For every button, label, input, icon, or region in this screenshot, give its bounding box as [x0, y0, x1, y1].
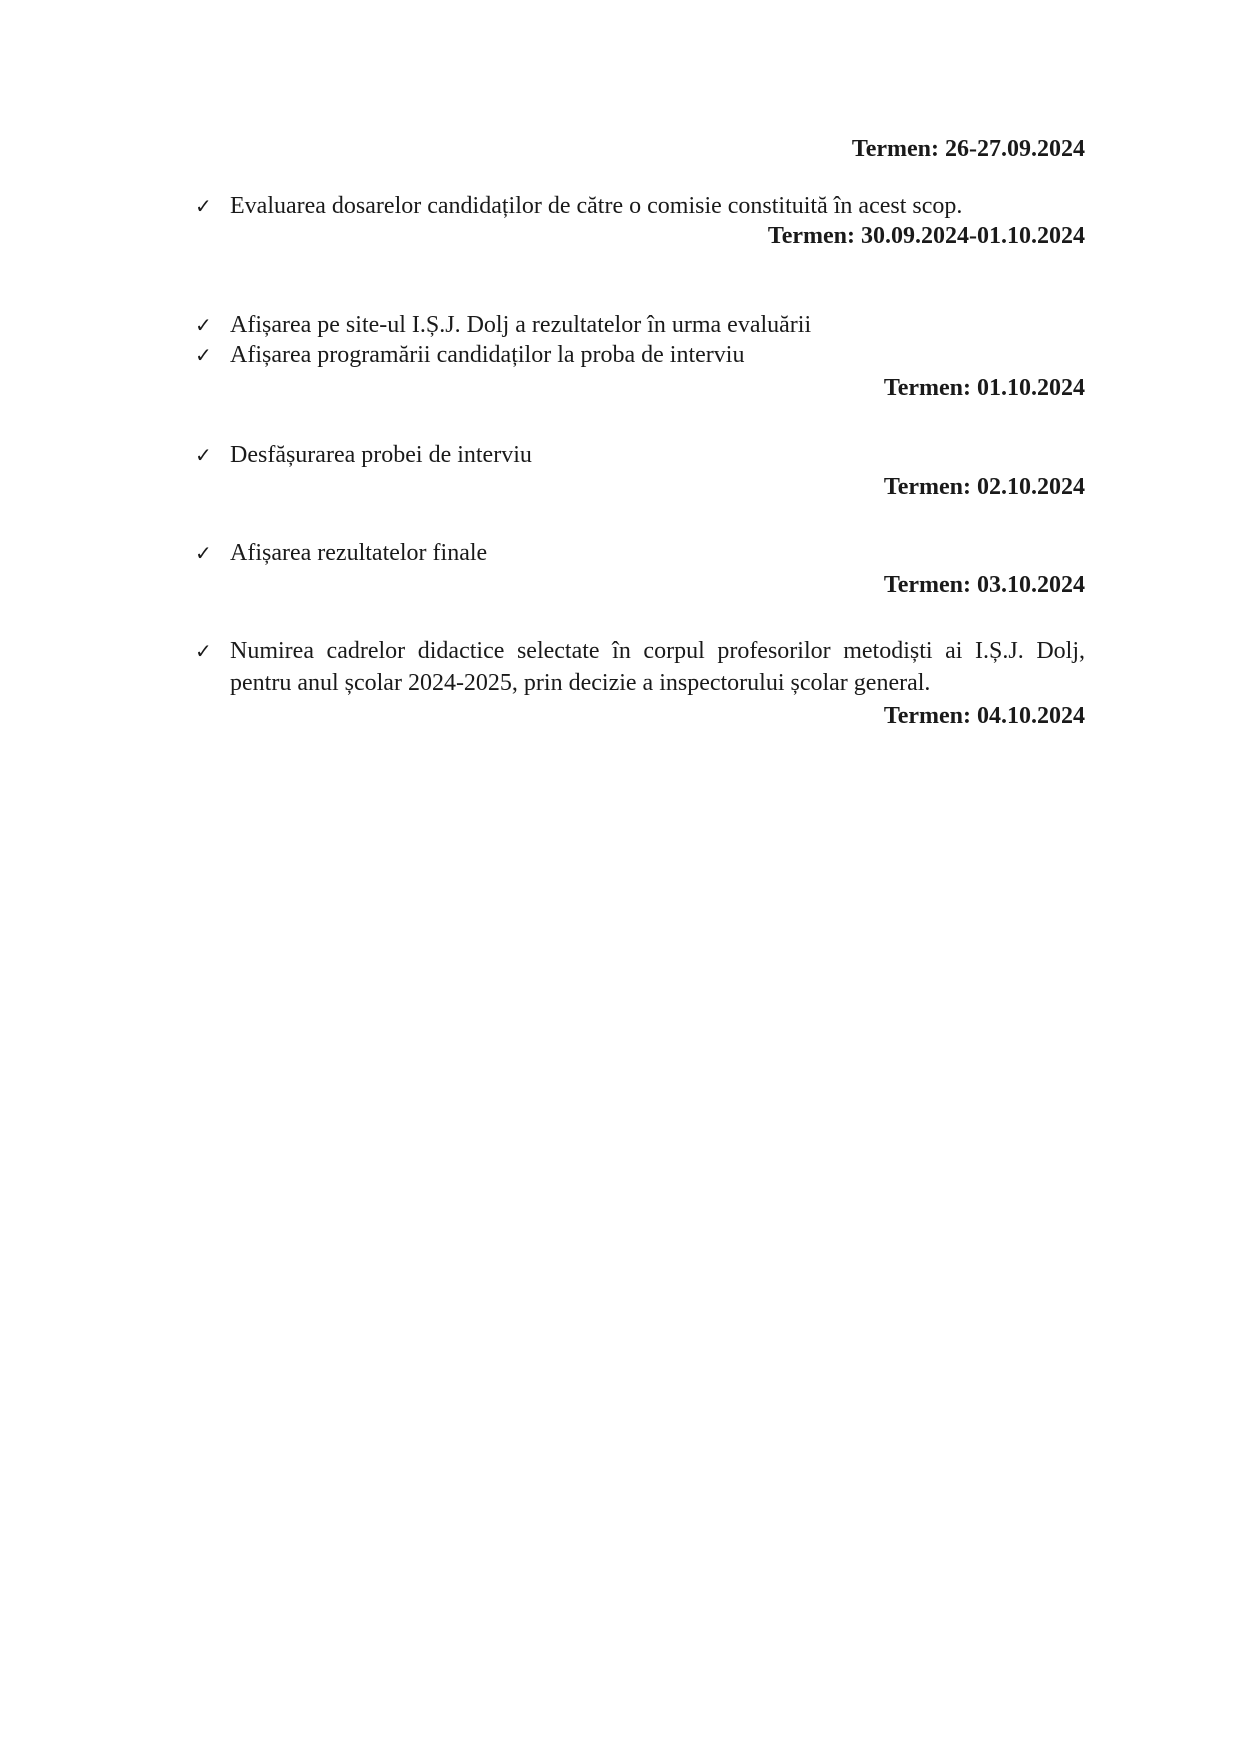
check-mark-icon: ✓	[195, 339, 230, 371]
item-text: Afișarea pe site-ul I.Ș.J. Dolj a rezult…	[230, 309, 811, 341]
list-item: ✓Desfășurarea probei de interviu	[195, 439, 1085, 471]
deadline-5: Termen: 03.10.2024	[884, 569, 1085, 601]
deadline-1: Termen: 26-27.09.2024	[852, 133, 1085, 165]
deadline-3: Termen: 01.10.2024	[884, 372, 1085, 404]
deadline-6: Termen: 04.10.2024	[884, 700, 1085, 732]
check-mark-icon: ✓	[195, 537, 230, 569]
item-text: Afișarea rezultatelor finale	[230, 537, 487, 569]
list-item: ✓Numirea cadrelor didactice selectate în…	[195, 635, 1085, 699]
check-mark-icon: ✓	[195, 439, 230, 471]
list-item: ✓Evaluarea dosarelor candidaților de căt…	[195, 190, 1085, 222]
deadline-4: Termen: 02.10.2024	[884, 471, 1085, 503]
check-mark-icon: ✓	[195, 635, 230, 667]
check-mark-icon: ✓	[195, 309, 230, 341]
list-item: ✓Afișarea programării candidaților la pr…	[195, 339, 1085, 371]
check-mark-icon: ✓	[195, 190, 230, 222]
list-item: ✓Afișarea pe site-ul I.Ș.J. Dolj a rezul…	[195, 309, 1085, 341]
item-text: Afișarea programării candidaților la pro…	[230, 339, 744, 371]
document-page: Termen: 26-27.09.2024 ✓Evaluarea dosarel…	[0, 0, 1240, 1754]
item-text: Numirea cadrelor didactice selectate în …	[230, 635, 1085, 699]
item-text: Evaluarea dosarelor candidaților de cătr…	[230, 190, 962, 222]
list-item: ✓Afișarea rezultatelor finale	[195, 537, 1085, 569]
item-text: Desfășurarea probei de interviu	[230, 439, 532, 471]
deadline-2: Termen: 30.09.2024-01.10.2024	[768, 220, 1085, 252]
